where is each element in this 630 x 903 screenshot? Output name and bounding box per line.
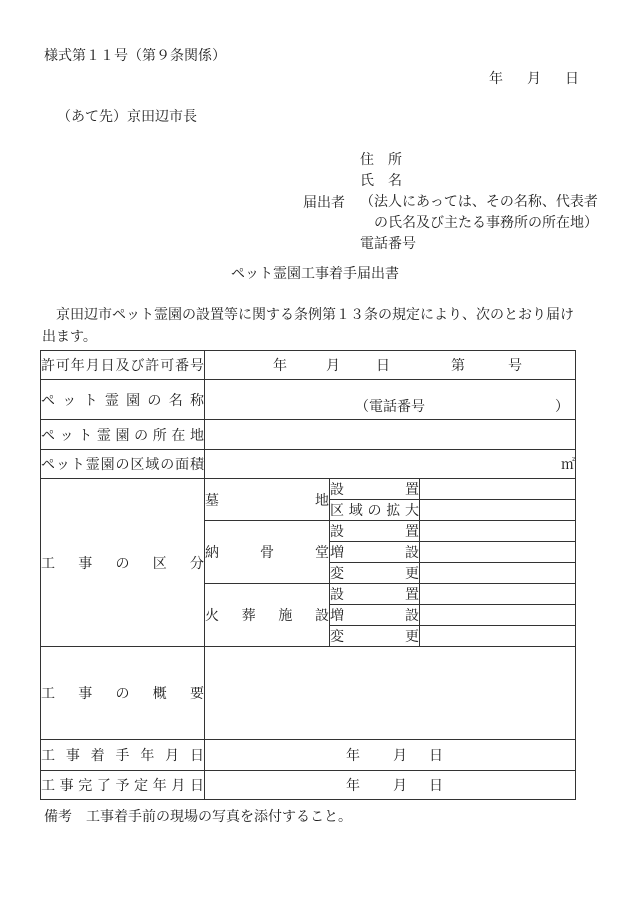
applicant-corp-line1: （法人にあっては、その名称、代表者 [360, 192, 598, 213]
crematory-add-label: 増設 [330, 605, 420, 626]
start-date-value-cell: 年 月 日 [205, 740, 576, 771]
grave-setup-label: 設置 [330, 479, 420, 500]
ossuary-add-label: 増設 [330, 542, 420, 563]
issue-date-line: 年 月 日 [0, 68, 630, 88]
ossuary-setup-label: 設置 [330, 521, 420, 542]
date-day-label: 日 [565, 68, 579, 88]
applicant-block: 届出者 住 所 氏 名 （法人にあっては、その名称、代表者 の氏名及び主たる事務… [303, 150, 598, 255]
location-value-cell [205, 420, 576, 450]
grave-expand-value-cell [420, 500, 576, 521]
grave-expand-label: 区域の拡大 [330, 500, 420, 521]
group-crematory-label: 火葬施設 [205, 584, 330, 647]
outline-row-label: 工事の概要 [41, 647, 205, 740]
ossuary-change-value-cell [420, 563, 576, 584]
phone-close-paren: ） [555, 396, 569, 416]
date-year-label: 年 [489, 68, 503, 88]
crematory-change-value-cell [420, 626, 576, 647]
crematory-add-value-cell [420, 605, 576, 626]
end-day-label: 日 [429, 775, 443, 795]
crematory-setup-label: 設置 [330, 584, 420, 605]
location-row-label: ペット霊園の所在地 [41, 420, 205, 450]
form-page: 様式第１１号（第９条関係） 年 月 日 （あて先）京田辺市長 届出者 住 所 氏… [0, 0, 630, 903]
end-date-row-label: 工事完了予定年月日 [41, 771, 205, 800]
date-month-label: 月 [527, 68, 541, 88]
end-date-value-cell: 年 月 日 [205, 771, 576, 800]
applicant-lines: 住 所 氏 名 （法人にあっては、その名称、代表者 の氏名及び主たる事務所の所在… [360, 150, 598, 255]
crematory-setup-value-cell [420, 584, 576, 605]
end-month-label: 月 [393, 775, 407, 795]
applicant-address-line: 住 所 [360, 150, 598, 171]
permit-no-suffix: 号 [508, 355, 522, 375]
start-date-row-label: 工事着手年月日 [41, 740, 205, 771]
notification-table: 許可年月日及び許可番号 年 月 日 第 号 ペット霊園の名称 （電話番号 ） ペ… [40, 350, 576, 800]
start-year-label: 年 [346, 745, 360, 765]
applicant-phone-line: 電話番号 [360, 234, 598, 255]
area-row-label: ペット霊園の区域の面積 [41, 450, 205, 479]
group-ossuary-label: 納骨堂 [205, 521, 330, 584]
group-grave-label: 墓地 [205, 479, 330, 521]
ossuary-change-label: 変更 [330, 563, 420, 584]
applicant-label: 届出者 [303, 192, 345, 212]
phone-number-label: （電話番号 [355, 396, 425, 416]
form-title: ペット霊園工事着手届出書 [0, 266, 630, 284]
permit-day-label: 日 [376, 355, 390, 375]
cemetery-name-value-cell: （電話番号 ） [205, 380, 576, 420]
cemetery-name-row-label: ペット霊園の名称 [41, 380, 205, 420]
permit-no-prefix: 第 [451, 355, 465, 375]
applicant-name-line: 氏 名 [360, 171, 598, 192]
addressee-line: （あて先）京田辺市長 [57, 106, 197, 126]
ossuary-add-value-cell [420, 542, 576, 563]
permit-month-label: 月 [326, 355, 340, 375]
area-unit-label: ㎡ [561, 458, 575, 473]
start-day-label: 日 [429, 745, 443, 765]
category-row-label: 工事の区分 [41, 479, 205, 647]
grave-setup-value-cell [420, 479, 576, 500]
intro-paragraph: 京田辺市ペット霊園の設置等に関する条例第１３条の規定により、次のとおり届け出ます… [42, 305, 580, 349]
permit-value-cell: 年 月 日 第 号 [205, 351, 576, 380]
applicant-corp-line2: の氏名及び主たる事務所の所在地） [360, 213, 598, 234]
start-month-label: 月 [393, 745, 407, 765]
crematory-change-label: 変更 [330, 626, 420, 647]
outline-value-cell [205, 647, 576, 740]
note-text: 備考 工事着手前の現場の写真を添付すること。 [44, 806, 352, 826]
form-number: 様式第１１号（第９条関係） [44, 45, 226, 65]
permit-row-label: 許可年月日及び許可番号 [41, 351, 205, 380]
end-year-label: 年 [346, 775, 360, 795]
permit-year-label: 年 [273, 355, 287, 375]
ossuary-setup-value-cell [420, 521, 576, 542]
area-value-cell: ㎡ [205, 450, 576, 479]
